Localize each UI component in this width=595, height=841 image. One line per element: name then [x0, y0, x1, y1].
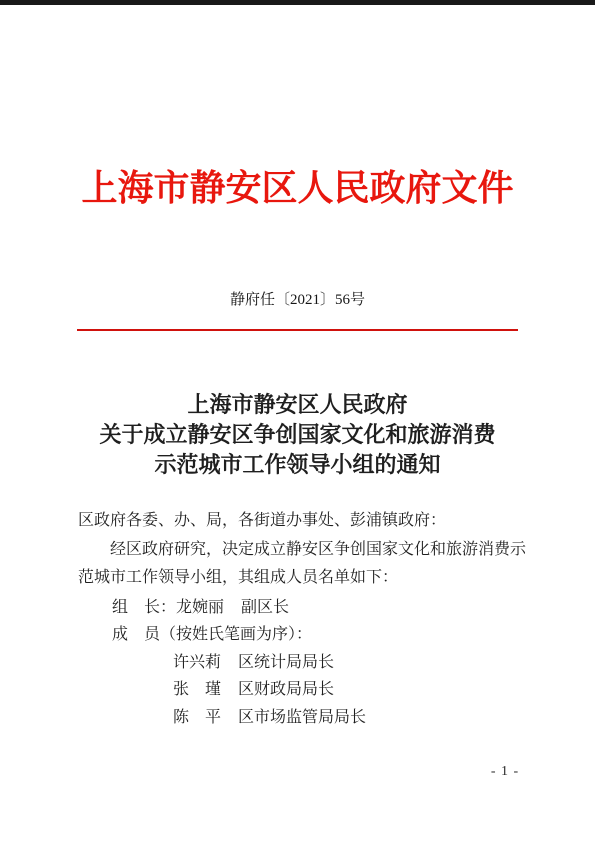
document-subject: 上海市静安区人民政府 关于成立静安区争创国家文化和旅游消费 示范城市工作领导小组… — [0, 390, 595, 480]
red-divider-line — [77, 329, 518, 331]
document-number: 静府任〔2021〕56号 — [0, 288, 595, 309]
body-paragraph-line-2: 范城市工作领导小组，其组成人员名单如下： — [78, 570, 520, 586]
member-title: 区市场监管局局长 — [238, 709, 366, 726]
page-number: - 1 - — [470, 764, 540, 780]
roster-member-row: 许兴莉区统计局局长 — [78, 655, 595, 671]
member-title: 区统计局局长 — [238, 654, 334, 671]
salutation-line: 区政府各委、办、局，各街道办事处、彭浦镇政府： — [78, 513, 520, 529]
roster-members-label: 成 员（按姓氏笔画为序）： — [78, 627, 554, 643]
leader-name: 龙婉丽 — [176, 599, 224, 616]
roster-member-row: 陈 平区市场监管局局长 — [78, 710, 595, 726]
body-paragraph-line-1: 经区政府研究，决定成立静安区争创国家文化和旅游消费示 — [78, 542, 552, 558]
roster-leader-row: 组 长：龙婉丽副区长 — [78, 600, 554, 616]
subject-line-3: 示范城市工作领导小组的通知 — [0, 450, 595, 480]
letterhead-title: 上海市静安区人民政府文件 — [0, 160, 595, 211]
document-page: 上海市静安区人民政府文件 静府任〔2021〕56号 上海市静安区人民政府 关于成… — [0, 0, 595, 841]
roster-member-row: 张 瑾区财政局局长 — [78, 682, 595, 698]
member-name: 陈 平 — [173, 709, 221, 726]
leader-label: 组 长： — [112, 599, 176, 616]
subject-line-2: 关于成立静安区争创国家文化和旅游消费 — [0, 420, 595, 450]
member-title: 区财政局局长 — [238, 681, 334, 698]
leader-title: 副区长 — [241, 599, 289, 616]
member-name: 许兴莉 — [173, 654, 221, 671]
scan-top-edge-artifact — [0, 0, 595, 5]
member-name: 张 瑾 — [173, 681, 221, 698]
subject-line-1: 上海市静安区人民政府 — [0, 390, 595, 420]
